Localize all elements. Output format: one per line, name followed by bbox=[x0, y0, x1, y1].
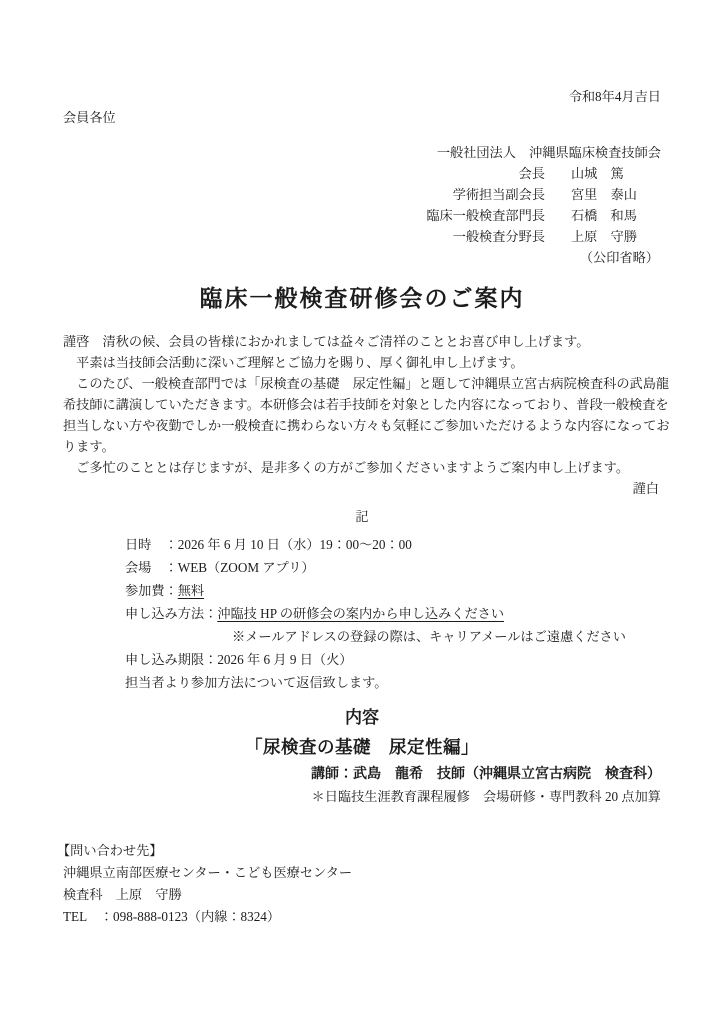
signature-title: 会長 bbox=[519, 163, 571, 184]
signature-row: 臨床一般検査部門長 石橋 和馬 bbox=[63, 205, 661, 226]
detail-label: 申し込み方法： bbox=[125, 606, 217, 621]
detail-value: WEB（ZOOM アプリ） bbox=[178, 560, 315, 575]
detail-label: 申し込み期限： bbox=[125, 652, 217, 667]
seal-omitted-note: （公印省略） bbox=[63, 247, 661, 268]
signature-title: 一般検査分野長 bbox=[453, 226, 571, 247]
contact-organization: 沖縄県立南部医療センター・こども医療センター bbox=[63, 862, 661, 884]
signature-title: 学術担当副会長 bbox=[453, 184, 571, 205]
detail-value-underlined: 沖臨技 HP の研修会の案内から申し込みください bbox=[217, 606, 504, 621]
credit-note: ＊日臨技生涯教育課程履修 会場研修・専門教科 20 点加算 bbox=[63, 787, 661, 807]
signature-name: 石橋 和馬 bbox=[571, 205, 661, 226]
body-line: 平素は当技師会活動に深いご理解とご協力を賜り、厚く御礼申し上げます。 bbox=[63, 352, 661, 373]
letter-body: 謹啓 清秋の候、会員の皆様におかれましては益々ご清祥のこととお喜び申し上げます。… bbox=[63, 331, 661, 499]
detail-deadline: 申し込み期限：2026 年 6 月 9 日（火） bbox=[125, 648, 661, 671]
detail-datetime: 日時 ：2026 年 6 月 10 日（水）19：00～20：00 bbox=[125, 533, 661, 556]
lecture-title: 「尿検査の基礎 尿定性編」 bbox=[63, 734, 661, 760]
detail-label: 会場 ： bbox=[125, 560, 178, 575]
detail-fee: 参加費：無料 bbox=[125, 579, 661, 602]
apply-email-note: ※メールアドレスの登録の際は、キャリアメールはご遠慮ください bbox=[125, 625, 661, 648]
document-title: 臨床一般検査研修会のご案内 bbox=[63, 282, 661, 315]
sender-signature-block: 一般社団法人 沖縄県臨床検査技師会 会長 山城 篤 学術担当副会長 宮里 泰山 … bbox=[63, 142, 661, 268]
event-details-list: 日時 ：2026 年 6 月 10 日（水）19：00～20：00 会場 ：WE… bbox=[125, 533, 661, 694]
body-line: このたび、一般検査部門では「尿検査の基礎 尿定性編」と題して沖縄県立宮古病院検査… bbox=[63, 373, 661, 394]
body-line: 担当しない方や夜勤でしか一般検査に携わらない方々も気軽にご参加いただけるような内… bbox=[63, 415, 661, 436]
contact-block: 【問い合わせ先】 沖縄県立南部医療センター・こども医療センター 検査科 上原 守… bbox=[63, 840, 661, 928]
signature-row: 会長 山城 篤 bbox=[63, 163, 661, 184]
lecturer-line: 講師：武島 龍希 技師（沖縄県立宮古病院 検査科） bbox=[63, 764, 661, 785]
contact-tel: TEL ：098-888-0123（内線：8324） bbox=[63, 906, 661, 928]
document-page: 令和8年4月吉日 会員各位 一般社団法人 沖縄県臨床検査技師会 会長 山城 篤 … bbox=[0, 0, 724, 1024]
signature-name: 山城 篤 bbox=[571, 163, 661, 184]
signature-name: 宮里 泰山 bbox=[571, 184, 661, 205]
reply-note: 担当者より参加方法について返信致します。 bbox=[125, 671, 661, 694]
body-line: ご多忙のこととは存じますが、是非多くの方がご参加くださいますようご案内申し上げま… bbox=[63, 457, 661, 478]
sender-organization: 一般社団法人 沖縄県臨床検査技師会 bbox=[63, 142, 661, 163]
signature-row: 一般検査分野長 上原 守勝 bbox=[63, 226, 661, 247]
body-line: 希技師に講演していただきます。本研修会は若手技師を対象とした内容になっており、普… bbox=[63, 394, 661, 415]
body-line: ります。 bbox=[63, 436, 661, 457]
closing-keigo: 謹白 bbox=[63, 478, 661, 499]
body-line: 謹啓 清秋の候、会員の皆様におかれましては益々ご清祥のこととお喜び申し上げます。 bbox=[63, 331, 661, 352]
contact-person: 検査科 上原 守勝 bbox=[63, 884, 661, 906]
detail-value-underlined: 無料 bbox=[178, 583, 204, 598]
detail-value: 2026 年 6 月 10 日（水）19：00～20：00 bbox=[178, 537, 412, 552]
detail-apply-method: 申し込み方法：沖臨技 HP の研修会の案内から申し込みください bbox=[125, 602, 661, 625]
detail-venue: 会場 ：WEB（ZOOM アプリ） bbox=[125, 556, 661, 579]
signature-name: 上原 守勝 bbox=[571, 226, 661, 247]
detail-label: 参加費： bbox=[125, 583, 178, 598]
document-date: 令和8年4月吉日 bbox=[63, 86, 661, 107]
detail-value: 2026 年 6 月 9 日（火） bbox=[217, 652, 352, 667]
signature-row: 学術担当副会長 宮里 泰山 bbox=[63, 184, 661, 205]
addressee: 会員各位 bbox=[63, 107, 661, 128]
ki-heading: 記 bbox=[63, 506, 661, 527]
content-heading: 内容 bbox=[63, 706, 661, 730]
contact-heading: 【問い合わせ先】 bbox=[57, 840, 661, 862]
signature-title: 臨床一般検査部門長 bbox=[426, 205, 571, 226]
detail-label: 日時 ： bbox=[125, 537, 178, 552]
